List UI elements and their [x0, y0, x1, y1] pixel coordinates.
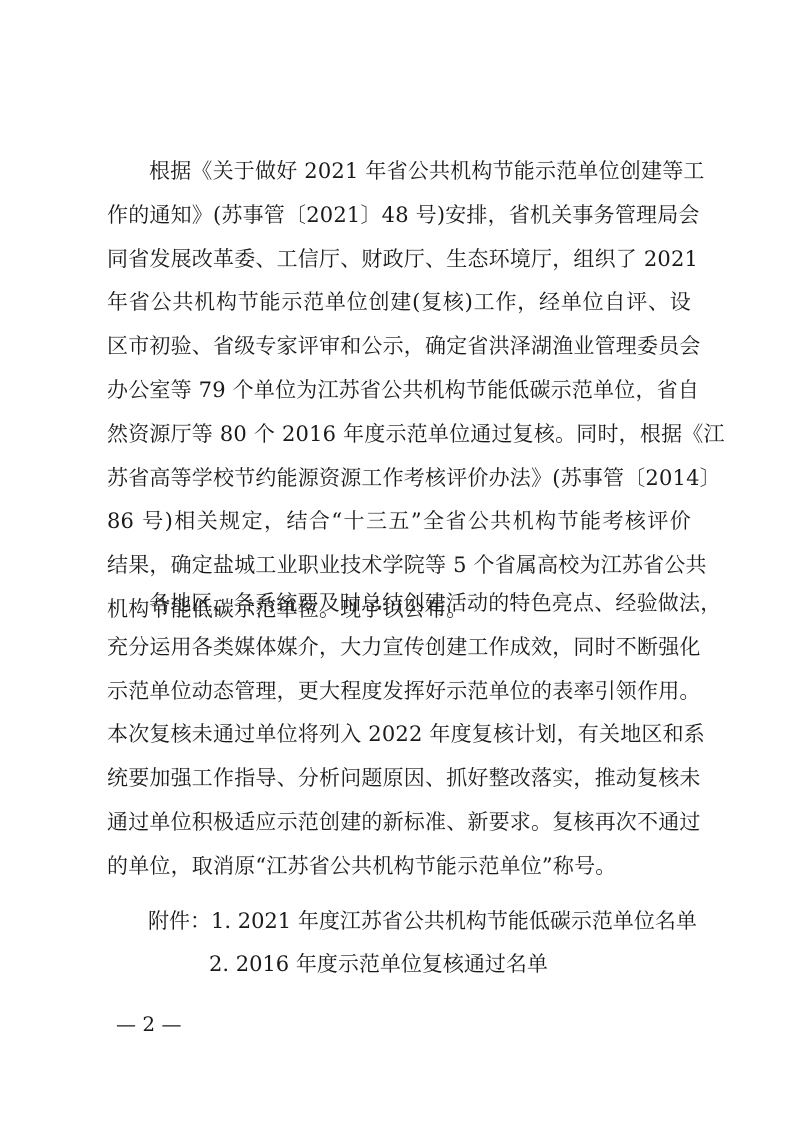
text-line: 86 号)相关规定，结合“十三五”全省公共机构节能考核评价 [107, 500, 691, 544]
text-line: 作的通知》(苏事管〔2021〕48 号)安排，省机关事务管理局会 [107, 194, 691, 238]
attachment-line-1: 附件：1. 2021 年度江苏省公共机构节能低碳示范单位名单 [148, 900, 697, 943]
text-line: 根据《关于做好 2021 年省公共机构节能示范单位创建等工 [107, 150, 691, 194]
document-page: 根据《关于做好 2021 年省公共机构节能示范单位创建等工 作的通知》(苏事管〔… [0, 0, 794, 1123]
text-line: 充分运用各类媒体媒介，大力宣传创建工作成效，同时不断强化 [107, 626, 691, 670]
text-line: 各地区、各系统要及时总结创建活动的特色亮点、经验做法， [107, 582, 691, 626]
text-line: 统要加强工作指导、分析问题原因、抓好整改落实，推动复核未 [107, 757, 691, 801]
text-line: 区市初验、省级专家评审和公示，确定省洪泽湖渔业管理委员会 [107, 325, 691, 369]
attachment-item: 2. 2016 年度示范单位复核通过名单 [148, 943, 697, 986]
attachment-item: 1. 2021 年度江苏省公共机构节能低碳示范单位名单 [211, 909, 697, 933]
paragraph-1: 根据《关于做好 2021 年省公共机构节能示范单位创建等工 作的通知》(苏事管〔… [107, 150, 691, 632]
text-line: 年省公共机构节能示范单位创建(复核)工作，经单位自评、设 [107, 281, 691, 325]
text-line: 本次复核未通过单位将列入 2022 年度复核计划，有关地区和系 [107, 713, 691, 757]
paragraph-2: 各地区、各系统要及时总结创建活动的特色亮点、经验做法， 充分运用各类媒体媒介，大… [107, 582, 691, 889]
text-line: 办公室等 79 个单位为江苏省公共机构节能低碳示范单位，省自 [107, 369, 691, 413]
text-line: 苏省高等学校节约能源资源工作考核评价办法》(苏事管〔2014〕 [107, 457, 691, 501]
attachments: 附件：1. 2021 年度江苏省公共机构节能低碳示范单位名单 2. 2016 年… [148, 900, 697, 986]
text-line: 的单位，取消原“江苏省公共机构节能示范单位”称号。 [107, 845, 691, 889]
text-line: 然资源厅等 80 个 2016 年度示范单位通过复核。同时，根据《江 [107, 413, 691, 457]
page-number: — 2 — [116, 1012, 181, 1036]
text-line: 通过单位积极适应示范创建的新标准、新要求。复核再次不通过 [107, 801, 691, 845]
text-line: 同省发展改革委、工信厅、财政厅、生态环境厅，组织了 2021 [107, 238, 691, 282]
attachment-label: 附件： [148, 909, 211, 933]
text-line: 示范单位动态管理，更大程度发挥好示范单位的表率引领作用。 [107, 670, 691, 714]
